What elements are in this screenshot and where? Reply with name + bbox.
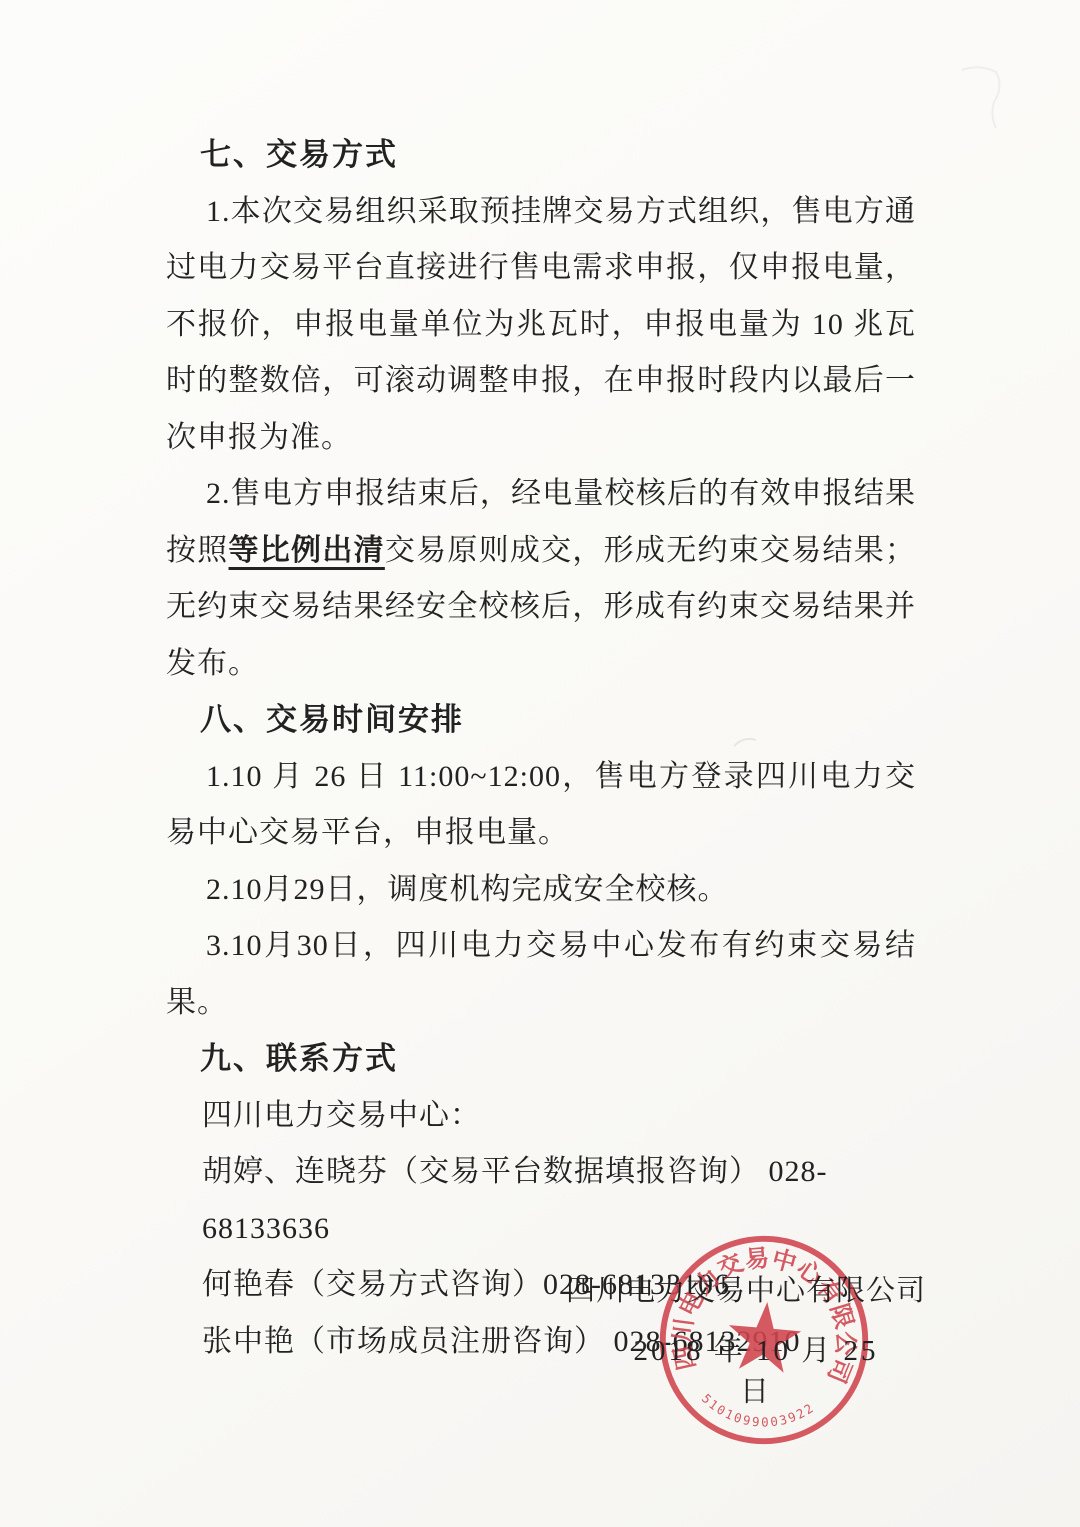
contact-org: 四川电力交易中心： [166, 1088, 916, 1145]
paragraph-trade-method-2: 2.售电方申报结束后，经电量校核后的有效申报结果按照等比例出清交易原则成交，形成… [166, 466, 916, 692]
scan-artifact [952, 48, 1022, 138]
heading-trade-method: 七、交易方式 [166, 127, 916, 184]
signature-date: 2018 年 10 月 25 日 [616, 1328, 896, 1410]
document-body: 七、交易方式 1.本次交易组织采取预挂牌交易方式组织，售电方通过电力交易平台直接… [166, 127, 916, 1370]
paragraph-trade-method-1: 1.本次交易组织采取预挂牌交易方式组织，售电方通过电力交易平台直接进行售电需求申… [166, 184, 916, 467]
scan-artifact [730, 732, 760, 752]
heading-trade-schedule: 八、交易时间安排 [166, 692, 916, 749]
schedule-item-1: 1.10 月 26 日 11:00~12:00，售电方登录四川电力交易中心交易平… [166, 749, 916, 862]
emphasized-term: 等比例出清 [229, 534, 385, 567]
schedule-item-3: 3.10月30日，四川电力交易中心发布有约束交易结果。 [166, 918, 916, 1031]
scanned-document-page: 七、交易方式 1.本次交易组织采取预挂牌交易方式组织，售电方通过电力交易平台直接… [0, 0, 1080, 1527]
heading-contact-info: 九、联系方式 [166, 1031, 916, 1088]
signature-company: 四川电力交易中心有限公司 [566, 1268, 926, 1309]
schedule-item-2: 2.10月29日，调度机构完成安全校核。 [166, 862, 916, 919]
